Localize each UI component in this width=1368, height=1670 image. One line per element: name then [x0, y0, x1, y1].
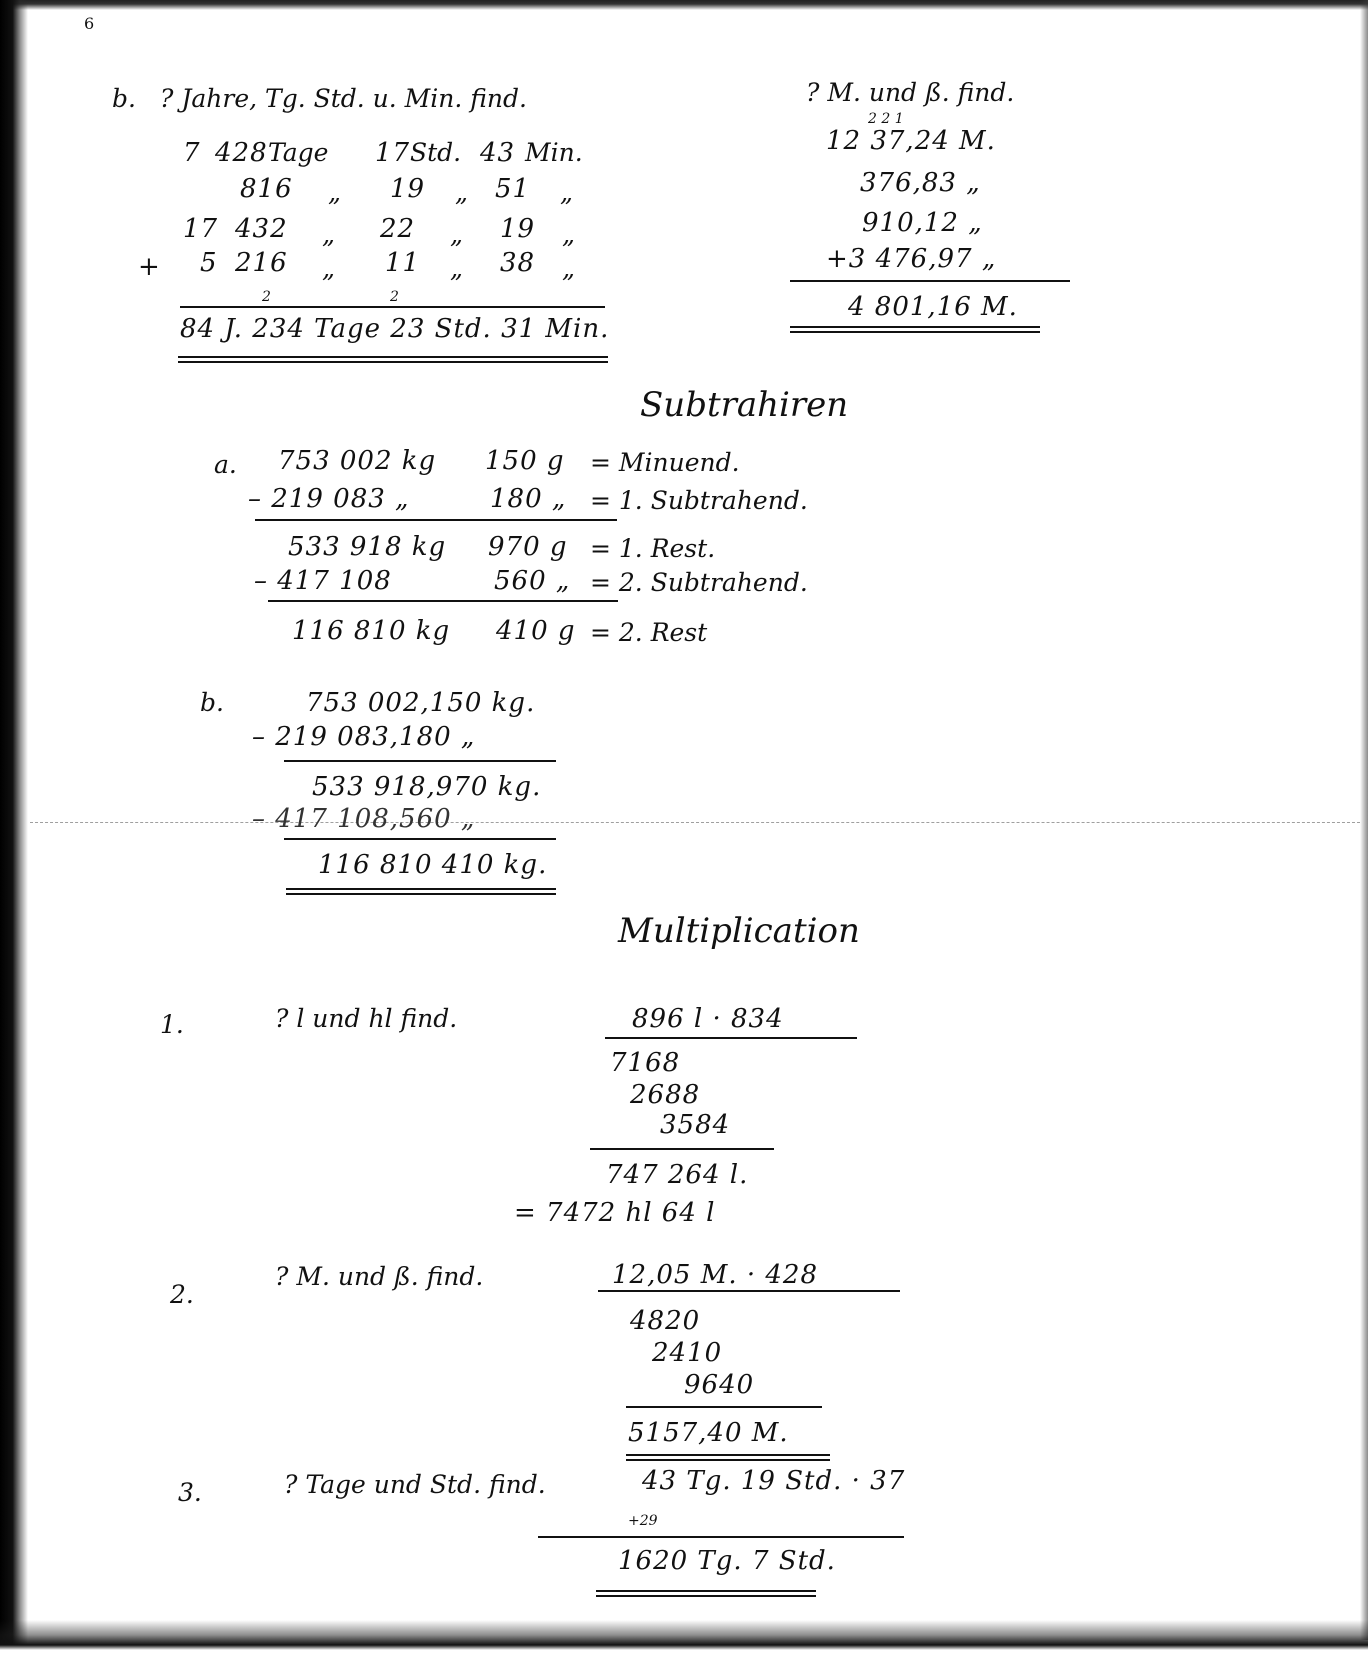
kg-value: 753 002 kg [278, 448, 436, 474]
scan-edge-bottom [0, 1620, 1368, 1670]
problem-question: ? Tage und Std. find. [284, 1472, 546, 1497]
ditto-mark: „ [450, 256, 463, 281]
minutes-value: 19 [500, 216, 535, 242]
hours-value: 19 [390, 176, 425, 202]
page-number: 6 [84, 16, 94, 32]
sum-line [180, 306, 605, 308]
problem-question: ? M. und ß. find. [806, 80, 1014, 105]
sum-result: 4 801,16 M. [848, 294, 1018, 320]
carry-digits: 2 2 1 [868, 112, 904, 126]
partial-product: 2410 [652, 1340, 722, 1366]
minutes-value: 43 [480, 140, 515, 166]
partial-product: 4820 [630, 1308, 700, 1334]
difference-line [255, 519, 617, 521]
ditto-mark: „ [328, 180, 341, 205]
money-row: 376,83 „ [860, 170, 981, 196]
days-value: 432 [235, 216, 288, 242]
ditto-mark: „ [450, 222, 463, 247]
term-label: = Minuend. [590, 450, 740, 475]
problem-number: 3. [178, 1480, 202, 1505]
problem-number: 2. [170, 1282, 194, 1307]
ditto-mark: „ [560, 180, 573, 205]
days-value: 428 [215, 140, 268, 166]
g-value: 560 „ [494, 568, 570, 594]
carry-digit: 2 [390, 290, 399, 304]
double-underline [626, 1454, 830, 1461]
years-value: 7 [183, 140, 201, 166]
term-label: = 1. Subtrahend. [590, 488, 808, 513]
difference-line [284, 760, 556, 762]
hours-value: 22 [380, 216, 415, 242]
kg-value: 116 810 410 kg. [318, 852, 547, 878]
product-result: 747 264 l. [606, 1162, 748, 1188]
factor-underline [598, 1290, 900, 1292]
product-line [590, 1148, 774, 1150]
unit-conversion: = 7472 hl 64 l [514, 1200, 715, 1226]
factor-line: 896 l · 834 [632, 1006, 784, 1032]
kg-value: – 219 083,180 „ [252, 724, 475, 750]
kg-value: – 219 083 „ [248, 486, 410, 512]
product-result: 1620 Tg. 7 Std. [618, 1548, 836, 1574]
section-heading-multiplication: Multiplication [618, 914, 860, 948]
double-underline [596, 1590, 816, 1597]
g-value: 970 g [488, 534, 568, 560]
kg-value: 116 810 kg [292, 618, 450, 644]
problem-number: 1. [160, 1012, 184, 1037]
sum-line [790, 280, 1070, 282]
term-label: = 2. Subtrahend. [590, 570, 808, 595]
page-fold-line [30, 822, 1360, 823]
years-value: 17 [183, 216, 218, 242]
scan-edge-top [0, 0, 1368, 10]
term-label: = 2. Rest [590, 620, 707, 645]
kg-value: 533 918,970 kg. [312, 774, 541, 800]
scan-edge-left [0, 0, 28, 1670]
hours-value: 11 [385, 250, 420, 276]
kg-value: 753 002,150 kg. [306, 690, 535, 716]
product-result: 5157,40 M. [628, 1420, 789, 1446]
partial-product: 7168 [610, 1050, 680, 1076]
product-line [626, 1406, 822, 1408]
factor-line: 43 Tg. 19 Std. · 37 [642, 1468, 905, 1494]
minutes-value: 51 [495, 176, 530, 202]
kg-value: – 417 108,560 „ [252, 806, 475, 832]
g-value: 150 g [485, 448, 565, 474]
double-underline [178, 356, 608, 363]
problem-label: a. [214, 452, 237, 477]
partial-product: 9640 [684, 1372, 754, 1398]
problem-question: ? Jahre, Tg. Std. u. Min. find. [160, 86, 527, 111]
product-line [538, 1536, 904, 1538]
double-underline [790, 326, 1040, 333]
factor-line: 12,05 M. · 428 [612, 1262, 818, 1288]
problem-label: b. [200, 690, 224, 715]
years-value: 5 [200, 250, 218, 276]
double-underline [286, 888, 556, 895]
difference-line [268, 600, 618, 602]
g-value: 180 „ [490, 486, 566, 512]
days-value: 816 [240, 176, 293, 202]
hours-value: 17 [375, 140, 410, 166]
g-value: 410 g [496, 618, 576, 644]
term-label: = 1. Rest. [590, 536, 715, 561]
problem-question: ? M. und ß. find. [275, 1264, 483, 1289]
sum-result: 84 J. 234 Tage 23 Std. 31 Min. [180, 316, 609, 342]
partial-product: 2688 [630, 1082, 700, 1108]
money-row: 12 37,24 M. [826, 128, 996, 154]
scanned-page: 6 b. ? Jahre, Tg. Std. u. Min. find. 7 4… [0, 0, 1368, 1670]
kg-value: – 417 108 [254, 568, 392, 594]
ditto-mark: „ [562, 256, 575, 281]
factor-underline [605, 1037, 857, 1039]
scan-edge-right [1360, 0, 1368, 1640]
ditto-mark: „ [322, 222, 335, 247]
problem-question: ? l und hl find. [275, 1006, 457, 1031]
plus-sign: + [138, 254, 161, 280]
ditto-mark: „ [562, 222, 575, 247]
kg-value: 533 918 kg [288, 534, 446, 560]
money-row: +3 476,97 „ [826, 246, 996, 272]
carry-digit: 2 [262, 290, 271, 304]
days-value: 216 [235, 250, 288, 276]
ditto-mark: „ [455, 180, 468, 205]
carry-note: +29 [628, 1514, 658, 1528]
partial-product: 3584 [660, 1112, 730, 1138]
money-row: 910,12 „ [862, 210, 983, 236]
section-heading-subtraction: Subtrahiren [640, 388, 848, 422]
minutes-unit: Min. [525, 140, 583, 165]
minutes-value: 38 [500, 250, 535, 276]
hours-unit: Std. [410, 140, 461, 165]
days-unit: Tage [268, 140, 328, 165]
ditto-mark: „ [322, 256, 335, 281]
problem-label: b. [112, 86, 136, 111]
difference-line [284, 838, 556, 840]
